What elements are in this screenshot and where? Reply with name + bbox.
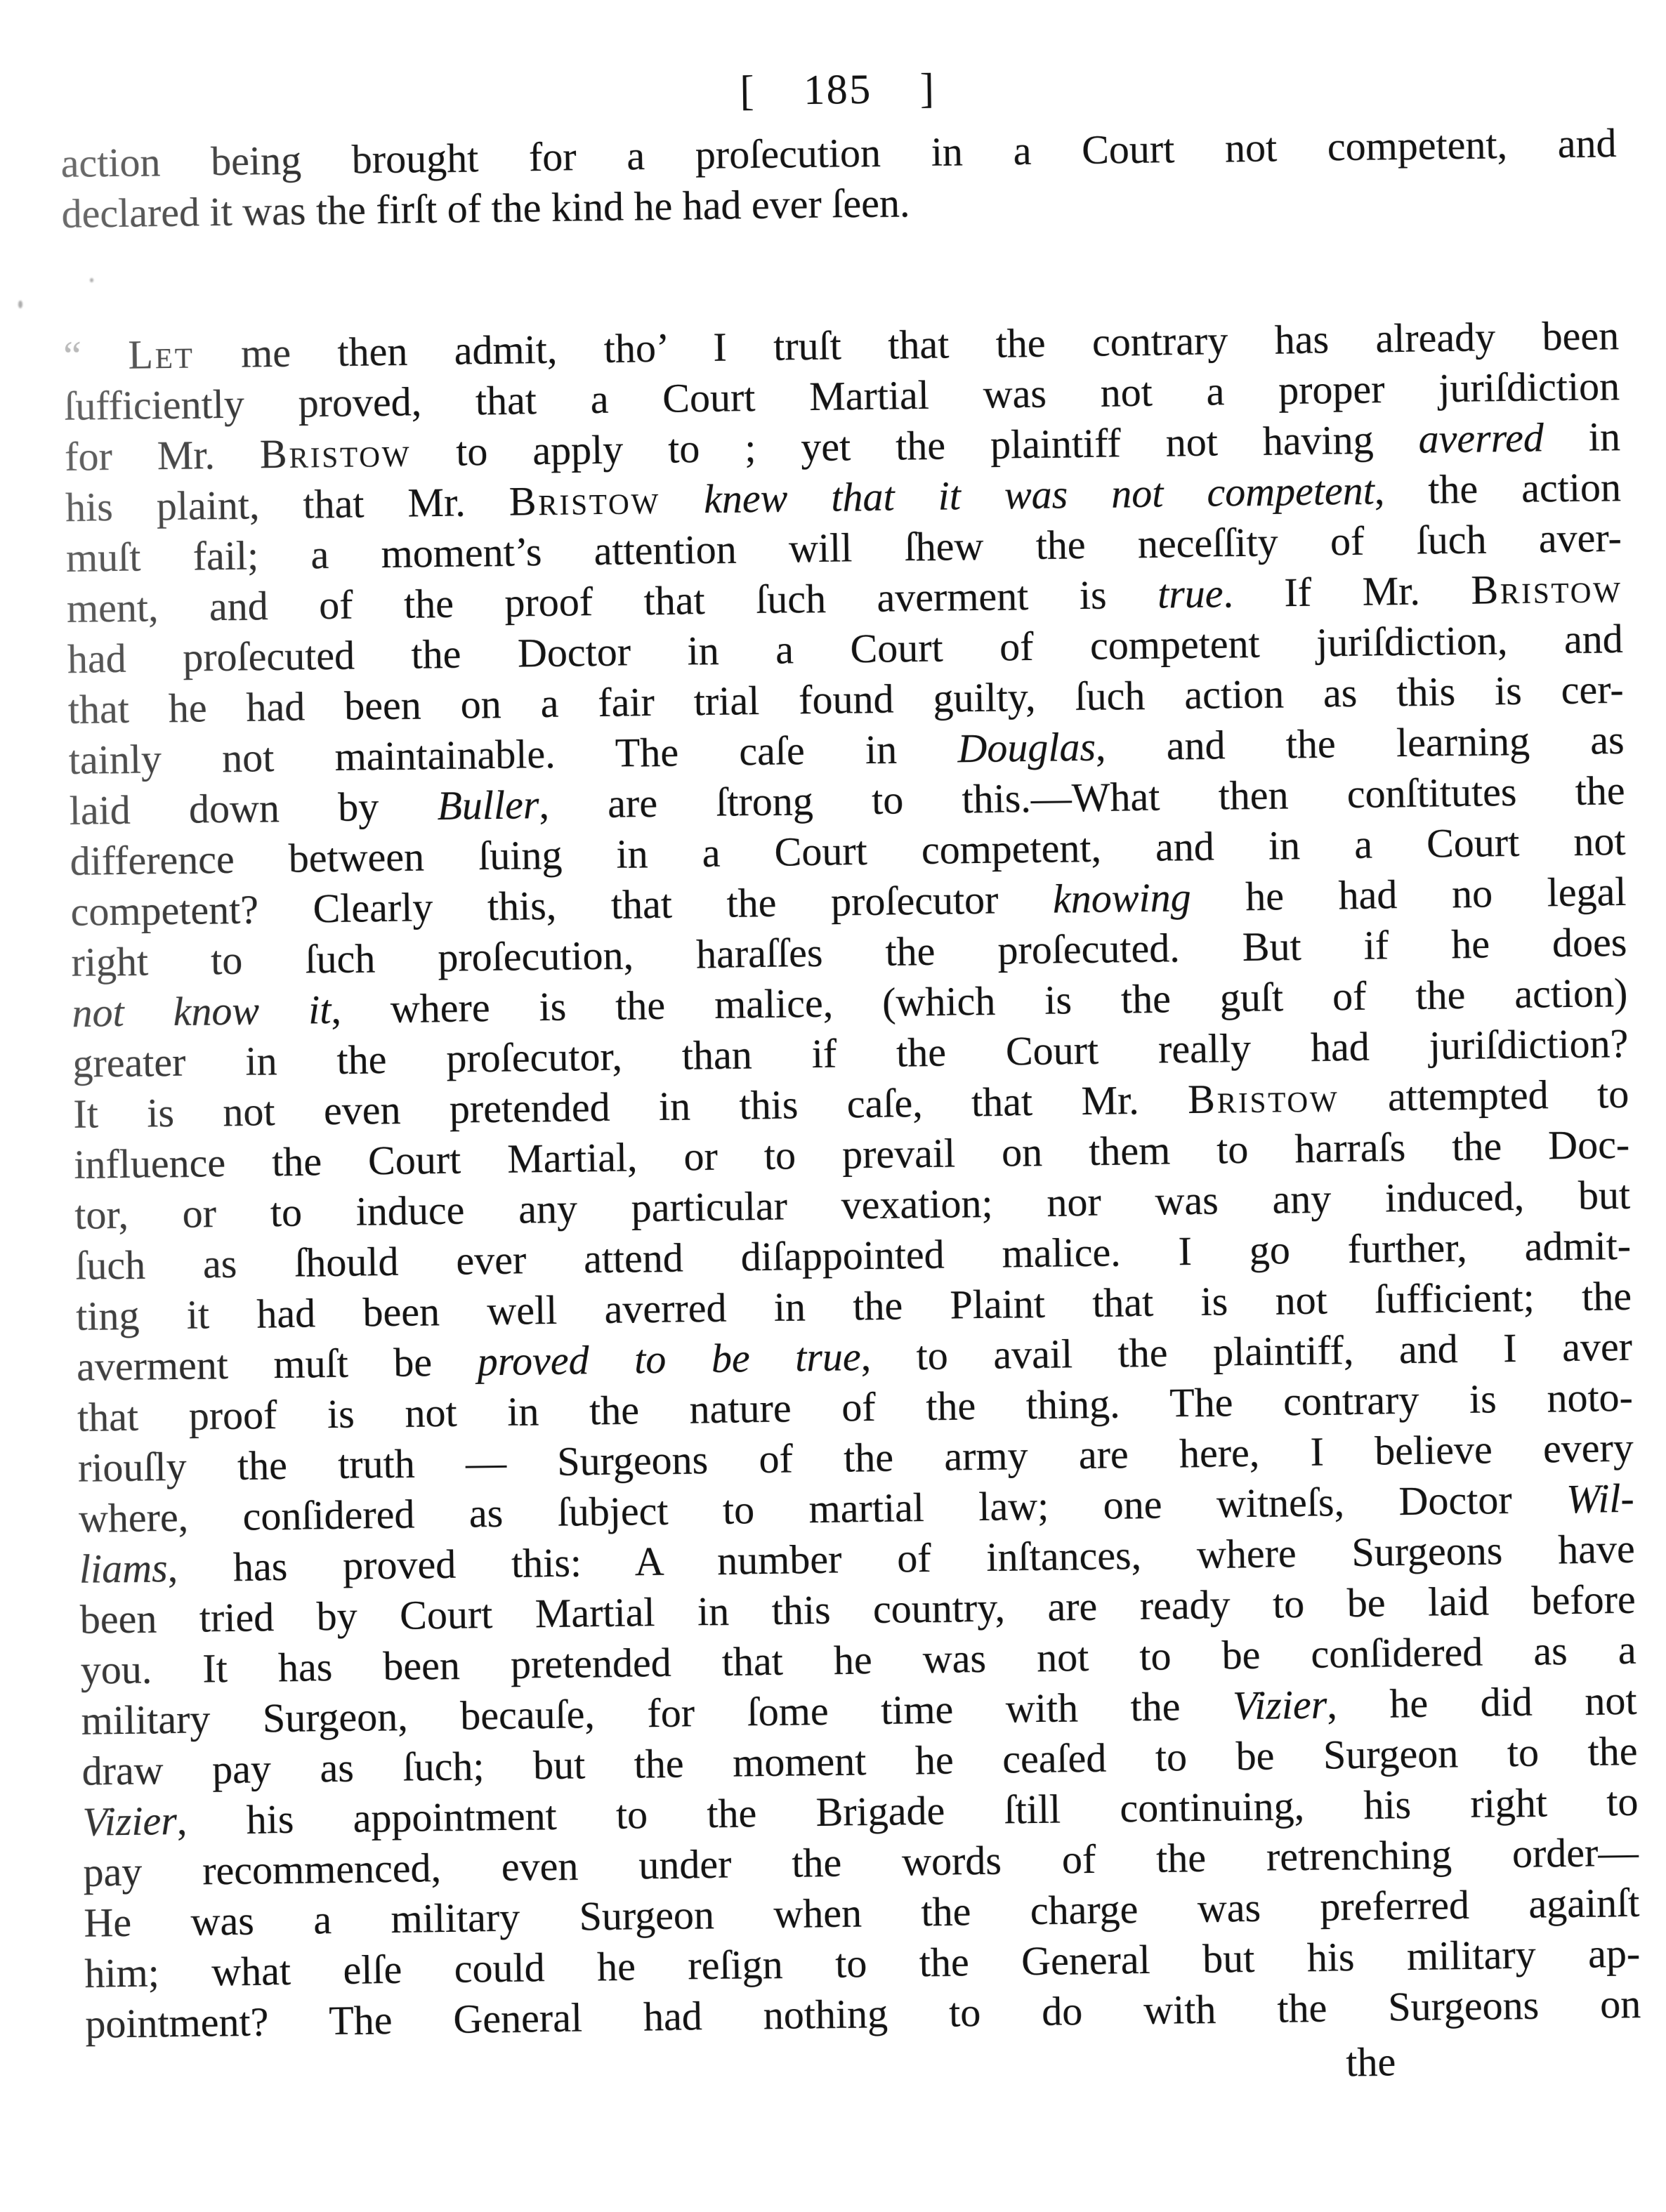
catchword: the [1346,2039,1396,2085]
body-paragraph: action being brought for a proſecution i… [60,118,1618,239]
scanned-book-page: [ 185 ] action being brought for a proſe… [0,0,1666,2212]
page-number: [ 185 ] [60,53,1616,126]
ink-speck [18,301,22,308]
body-paragraph: “ Let me then admit, tho’ I truſt that t… [63,310,1641,2050]
page-scan-area: [ 185 ] action being brought for a proſe… [60,53,1642,2105]
